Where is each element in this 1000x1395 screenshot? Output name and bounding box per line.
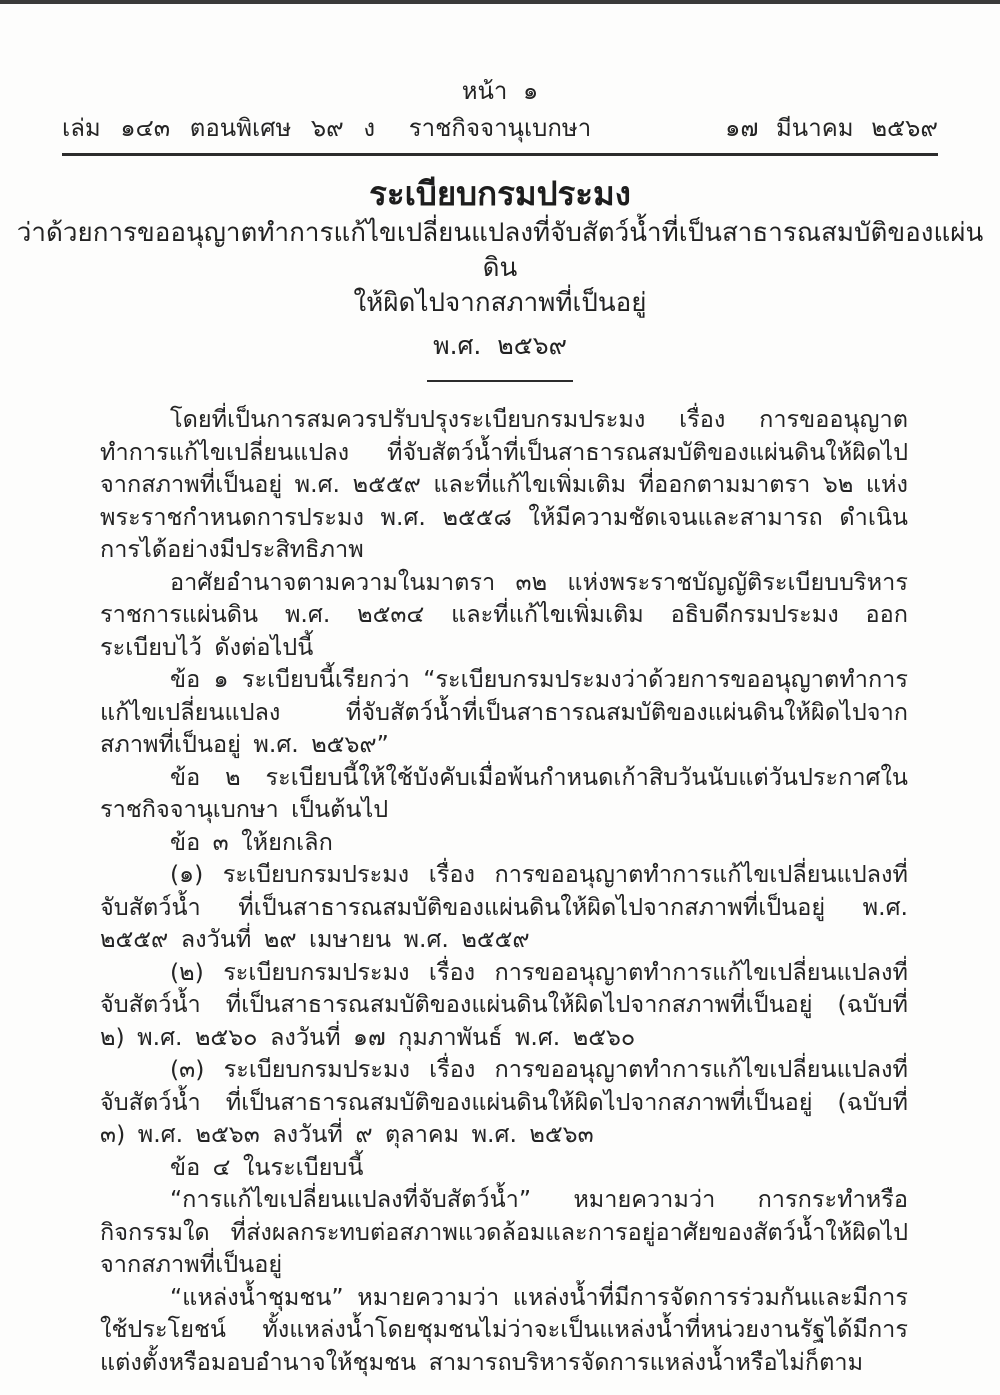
paragraph: (๑) ระเบียบกรมประมง เรื่อง การขออนุญาตทำ… [100, 858, 908, 956]
gazette-name: ราชกิจจานุเบกษา [409, 112, 591, 144]
masthead-row: เล่ม ๑๔๓ ตอนพิเศษ ๖๙ ง ราชกิจจานุเบกษา ๑… [62, 112, 938, 144]
paragraph: ข้อ ๔ ในระเบียบนี้ [100, 1151, 908, 1184]
paragraph: อาศัยอำนาจตามความในมาตรา ๓๒ แห่งพระราชบั… [100, 566, 908, 664]
paragraph: โดยที่เป็นการสมควรปรับปรุงระเบียบกรมประม… [100, 403, 908, 566]
gazette-document-page: หน้า ๑ เล่ม ๑๔๓ ตอนพิเศษ ๖๙ ง ราชกิจจานุ… [0, 0, 1000, 1395]
scan-edge-strip [0, 0, 1000, 4]
title-divider-rule [427, 380, 573, 382]
regulation-title: ระเบียบกรมประมง [0, 172, 1000, 216]
paragraph: (๓) ระเบียบกรมประมง เรื่อง การขออนุญาตทำ… [100, 1053, 908, 1151]
regulation-subtitle-line2: ให้ผิดไปจากสภาพที่เป็นอยู่ [0, 286, 1000, 321]
paragraph: “แหล่งน้ำชุมชน” หมายความว่า แหล่งน้ำที่ม… [100, 1281, 908, 1379]
paragraph: ข้อ ๓ ให้ยกเลิก [100, 826, 908, 859]
regulation-subtitle-line1: ว่าด้วยการขออนุญาตทำการแก้ไขเปลี่ยนแปลงท… [0, 216, 1000, 286]
publication-date: ๑๗ มีนาคม ๒๕๖๙ [725, 112, 938, 144]
page-number: หน้า ๑ [0, 76, 1000, 106]
paragraph: (๒) ระเบียบกรมประมง เรื่อง การขออนุญาตทำ… [100, 956, 908, 1054]
paragraph: “การแก้ไขเปลี่ยนแปลงที่จับสัตว์น้ำ” หมาย… [100, 1183, 908, 1281]
regulation-year: พ.ศ. ๒๕๖๙ [0, 328, 1000, 363]
title-block: ระเบียบกรมประมง ว่าด้วยการขออนุญาตทำการแ… [0, 172, 1000, 382]
volume-issue-label: เล่ม ๑๔๓ ตอนพิเศษ ๖๙ ง [62, 112, 375, 144]
paragraph: ข้อ ๒ ระเบียบนี้ให้ใช้บังคับเมื่อพ้นกำหน… [100, 761, 908, 826]
gazette-masthead: หน้า ๑ เล่ม ๑๔๓ ตอนพิเศษ ๖๙ ง ราชกิจจานุ… [0, 0, 1000, 156]
masthead-rule [62, 153, 938, 156]
regulation-body: โดยที่เป็นการสมควรปรับปรุงระเบียบกรมประม… [100, 403, 908, 1378]
paragraph: ข้อ ๑ ระเบียบนี้เรียกว่า “ระเบียบกรมประม… [100, 663, 908, 761]
